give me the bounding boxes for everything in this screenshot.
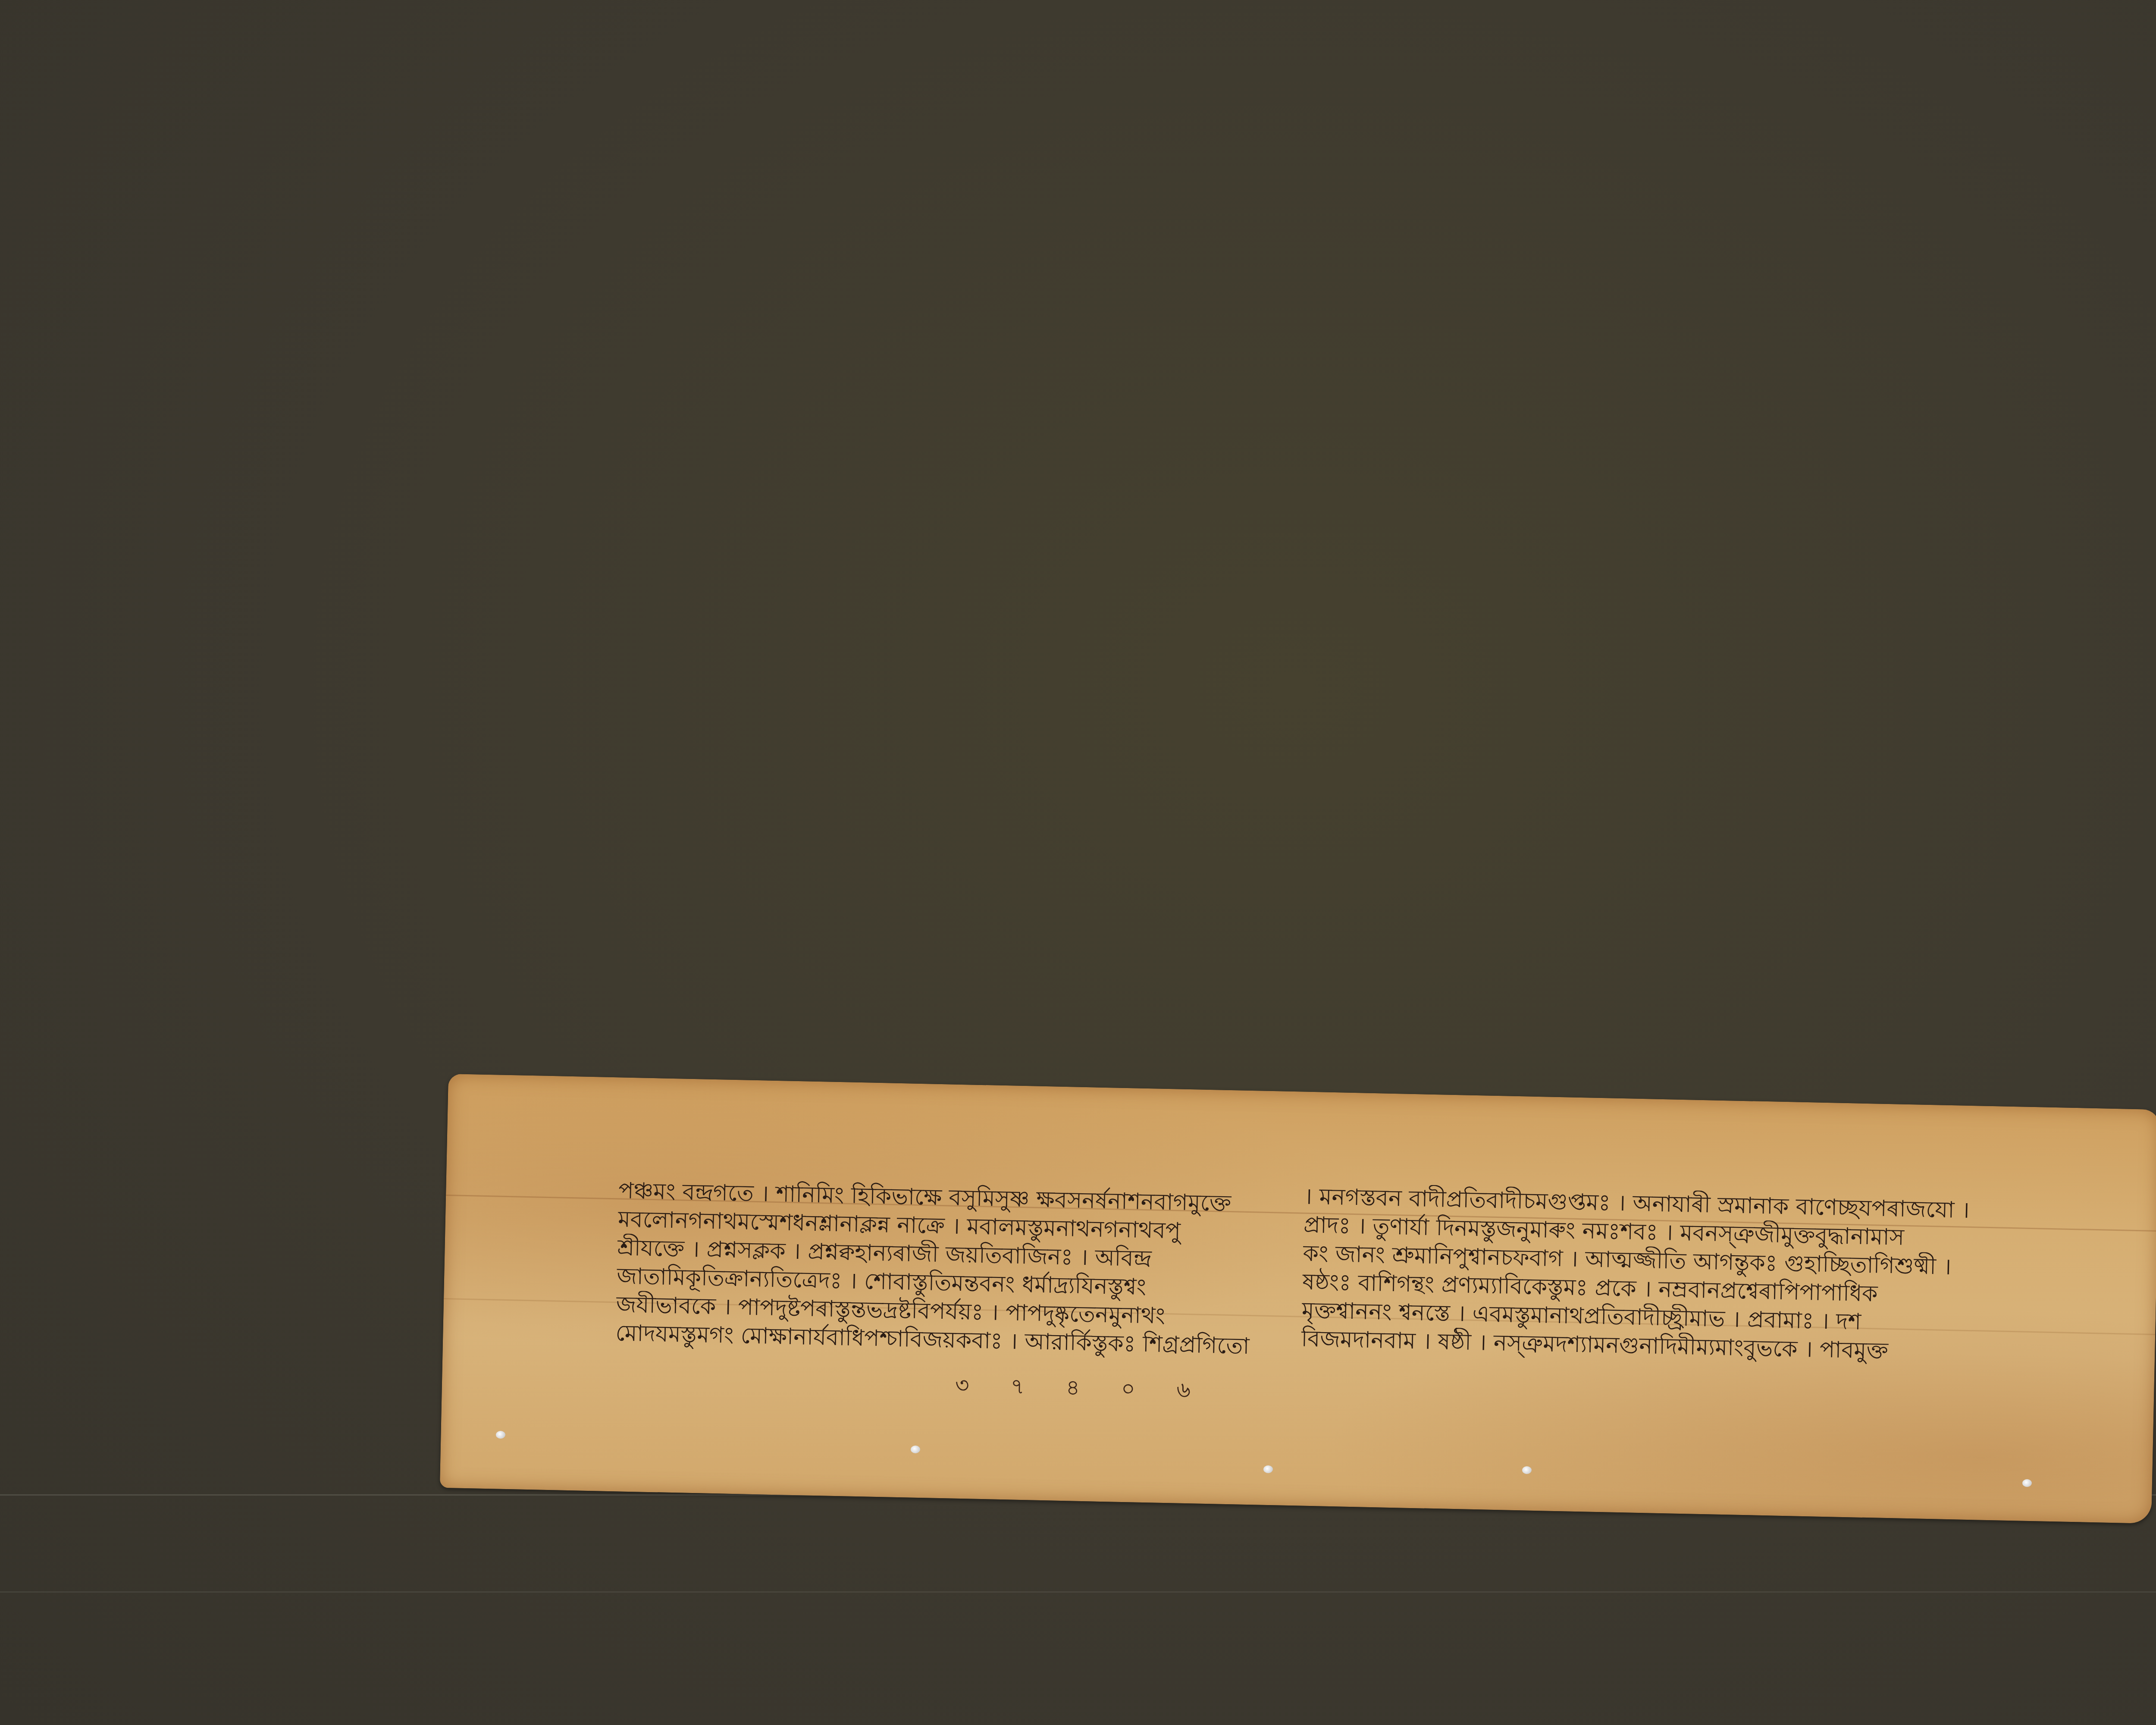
mounting-pin xyxy=(1522,1466,1532,1474)
mounting-pin xyxy=(496,1431,505,1439)
manuscript-folio: পঞ্চমং বন্দ্রগতে । শানিমিং হিকিভাক্ষে বস… xyxy=(440,1074,2156,1524)
mounting-pin xyxy=(1263,1465,1273,1473)
board-scratch-line xyxy=(0,1591,2156,1593)
folio-number: ৩ ৭ ৪ ০ ৬ xyxy=(955,1369,1208,1410)
text-column-left: পঞ্চমং বন্দ্রগতে । শানিমিং হিকিভাক্ষে বস… xyxy=(615,1176,1373,1363)
text-column-right: । মনগস্তবন বাদীপ্রতিবাদীচমগুপ্তমঃ । অনায… xyxy=(1301,1182,2046,1369)
mounting-pin xyxy=(911,1446,920,1453)
mounting-pin xyxy=(2022,1479,2032,1487)
